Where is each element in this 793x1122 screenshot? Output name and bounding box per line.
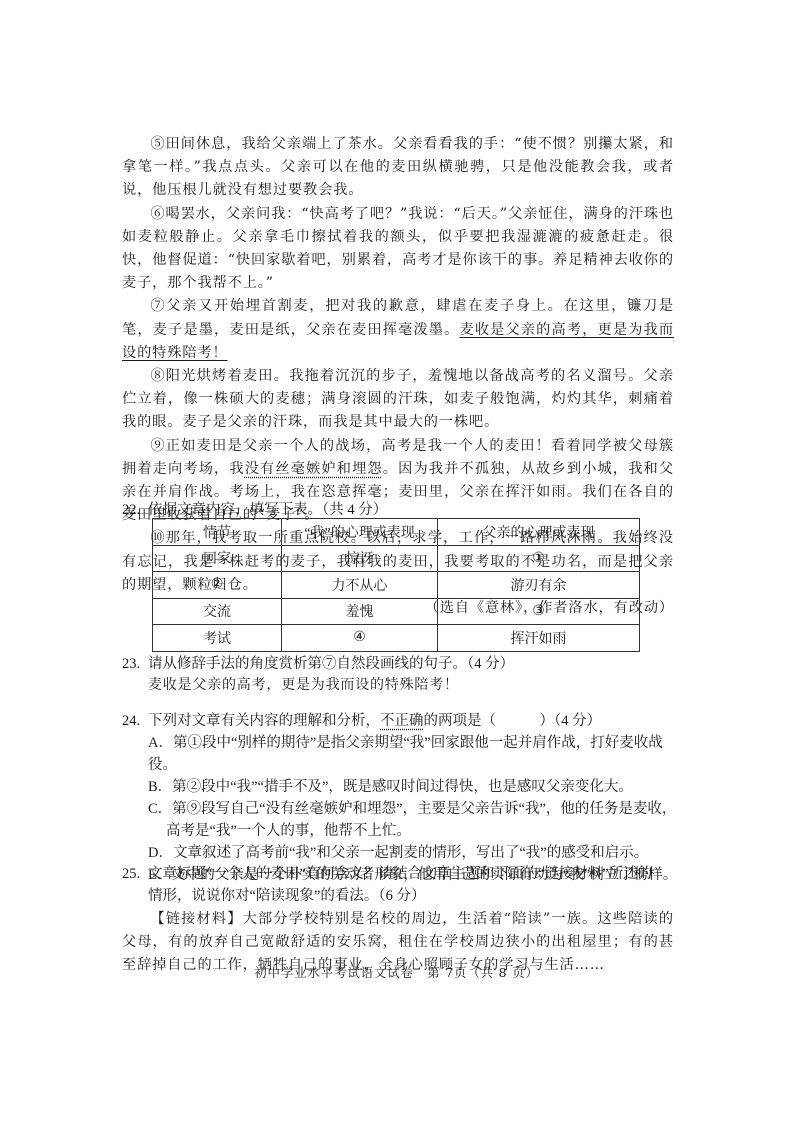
answer-table: 情节 “我”的心理或表现 父亲的心理或表现 回家 惊讶 ① ② 力不从心 游刃有…	[152, 518, 640, 652]
option-c-continuation: 高考是“我”一个人的事，他帮不上忙。	[122, 820, 682, 842]
question-prompt: 请从修辞手法的角度赏析第⑦自然段画线的句子。（4 分）	[148, 656, 514, 672]
header-cell: “我”的心理或表现	[282, 519, 438, 546]
table-row: ② 力不从心 游刃有余	[153, 572, 640, 599]
exam-page: ⑤田间休息，我给父亲端上了茶水。父亲看看我的手：“使不惯？别攥太紧，和拿笔一样。…	[0, 0, 793, 1122]
option-label: B．	[148, 779, 172, 795]
paragraph-7: ⑦父亲又开始埋首割麦，把对我的歉意，肆虐在麦子身上。在这里，镰刀是笔，麦子是墨，…	[122, 295, 674, 365]
option-text: 文章叙述了高考前“我”和父亲一起割麦的情形，写出了“我”的感受和启示。	[173, 845, 648, 861]
table-cell: ①	[438, 545, 640, 572]
table-cell: 挥汗如雨	[438, 625, 640, 652]
table-cell: ②	[153, 572, 282, 599]
table-row: 交流 羞愧 ③	[153, 598, 640, 625]
option-label: C．	[148, 801, 172, 817]
question-25: 25.文章标题“一个人的麦田”有何含义？请结合文章主题和下面的“链接材料”所述的…	[122, 863, 682, 907]
table-cell: ③	[438, 598, 640, 625]
question-23: 23.请从修辞手法的角度赏析第⑦自然段画线的句子。（4 分） 麦收是父亲的高考，…	[122, 654, 682, 696]
option-a: A．第①段中“别样的期待”是指父亲期望“我”回家跟他一起并肩作战，打好麦收战役。	[122, 732, 682, 776]
option-b: B．第②段中“我”“措手不及”，既是感叹时间过得快，也是感叹父亲变化大。	[122, 776, 682, 798]
table-cell: 考试	[153, 625, 282, 652]
question-prompt: 下列对文章有关内容的理解和分析，	[148, 713, 380, 729]
paragraph-8: ⑧阳光烘烤着麦田。我拖着沉沉的步子，羞愧地以备战高考的名义溜号。父亲伫立着，像一…	[122, 365, 674, 435]
question-number: 22.	[122, 500, 148, 521]
header-cell: 父亲的心理或表现	[438, 519, 640, 546]
table-row: 回家 惊讶 ①	[153, 545, 640, 572]
option-c: C．第⑨段写自己“没有丝毫嫉妒和埋怨”，主要是父亲告诉“我”，他的任务是麦收，	[122, 798, 682, 820]
page-footer: 初中学业水平考试语文试卷 第 7页（共 8 页）	[0, 963, 793, 981]
question-number: 25.	[122, 863, 148, 885]
emphasis-word: 不正确	[380, 713, 424, 729]
paragraph-6: ⑥喝罢水，父亲问我：“快高考了吧？”我说：“后天。”父亲怔住，满身的汗珠也如麦粒…	[122, 203, 674, 296]
table-row: 考试 ④ 挥汗如雨	[153, 625, 640, 652]
option-text: 第①段中“别样的期待”是指父亲期望“我”回家跟他一起并肩作战，打好麦收战役。	[148, 735, 663, 773]
question-number: 23.	[122, 654, 148, 675]
question-prompt-line2: 情形，说说你对“陪读现象”的看法。（6 分）	[122, 885, 682, 907]
question-line: 25.文章标题“一个人的麦田”有何含义？请结合文章主题和下面的“链接材料”所述的	[122, 863, 682, 885]
option-label: D．	[148, 845, 173, 861]
table-cell: 羞愧	[282, 598, 438, 625]
dotted-phrase: 没有丝毫嫉妒和埋怨	[245, 461, 383, 477]
question-prompt-end: 的两项是（ ）（4 分）	[424, 713, 602, 729]
table-cell: ④	[282, 625, 438, 652]
quoted-sentence: 麦收是父亲的高考，更是为我而设的特殊陪考！	[122, 675, 682, 696]
question-24: 24.下列对文章有关内容的理解和分析，不正确的两项是（ ）（4 分） A．第①段…	[122, 710, 682, 886]
table-cell: 回家	[153, 545, 282, 572]
question-line: 23.请从修辞手法的角度赏析第⑦自然段画线的句子。（4 分）	[122, 654, 682, 675]
question-prompt: 依据文章内容，填写下表。（共 4 分）	[148, 502, 387, 518]
option-label: A．	[148, 735, 173, 751]
table-cell: 力不从心	[282, 572, 438, 599]
question-number: 24.	[122, 710, 148, 732]
option-text: 第⑨段写自己“没有丝毫嫉妒和埋怨”，主要是父亲告诉“我”，他的任务是麦收，	[172, 801, 676, 817]
table-cell: 交流	[153, 598, 282, 625]
paragraph-5: ⑤田间休息，我给父亲端上了茶水。父亲看看我的手：“使不惯？别攥太紧，和拿笔一样。…	[122, 133, 674, 203]
question-prompt: 文章标题“一个人的麦田”有何含义？请结合文章主题和下面的“链接材料”所述的	[148, 866, 652, 882]
table-cell: 惊讶	[282, 545, 438, 572]
question-line: 24.下列对文章有关内容的理解和分析，不正确的两项是（ ）（4 分）	[122, 710, 682, 732]
option-text: 第②段中“我”“措手不及”，既是感叹时间过得快，也是感叹父亲变化大。	[172, 779, 633, 795]
header-cell: 情节	[153, 519, 282, 546]
table-header-row: 情节 “我”的心理或表现 父亲的心理或表现	[153, 519, 640, 546]
option-d: D．文章叙述了高考前“我”和父亲一起割麦的情形，写出了“我”的感受和启示。	[122, 842, 682, 864]
table-cell: 游刃有余	[438, 572, 640, 599]
